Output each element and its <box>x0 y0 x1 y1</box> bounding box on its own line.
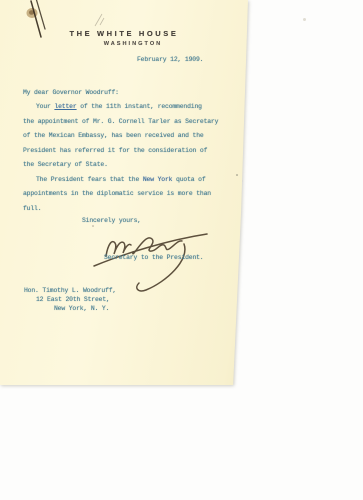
body-text: The President fears that the <box>36 176 143 183</box>
body-text: of the 11th instant, recommending <box>77 103 202 110</box>
underlined-word: letter <box>54 103 76 110</box>
recipient-name: Hon. Timothy L. Woodruff, <box>24 286 116 295</box>
body-line-2: the appointment of Mr. G. Cornell Tarler… <box>23 118 218 125</box>
body-line-4: President has referred it for the consid… <box>23 147 207 154</box>
ink-speck <box>236 174 238 176</box>
body-line-7: appointments in the diplomatic service i… <box>23 190 211 197</box>
body-line-5: the Secretary of State. <box>23 161 108 168</box>
body-text: quota of <box>172 176 205 183</box>
emphasized-words: New York <box>143 176 172 183</box>
ink-speck <box>242 180 244 182</box>
scanned-letter: THE WHITE HOUSE WASHINGTON February 12, … <box>0 0 363 500</box>
background-speck <box>303 18 306 21</box>
recipient-street: 12 East 20th Street, <box>24 295 116 304</box>
paper-wrapper: THE WHITE HOUSE WASHINGTON February 12, … <box>0 0 248 385</box>
ink-speck <box>92 225 94 227</box>
body-line-1: Your letter of the 11th instant, recomme… <box>23 103 202 110</box>
body-line-6: The President fears that the New York qu… <box>23 176 206 183</box>
body-text: Your <box>36 103 54 110</box>
body-line-8: full. <box>23 205 41 212</box>
date-line: February 12, 1909. <box>137 56 203 63</box>
recipient-block: Hon. Timothy L. Woodruff, 12 East 20th S… <box>24 286 116 313</box>
letter-paper: THE WHITE HOUSE WASHINGTON February 12, … <box>0 0 248 385</box>
stray-mark-icon <box>92 12 106 28</box>
letterhead-title: THE WHITE HOUSE <box>0 29 248 38</box>
salutation: My dear Governor Woodruff: <box>23 89 119 96</box>
letterhead-city: WASHINGTON <box>9 41 257 47</box>
body-line-3: of the Mexican Embassy, has been receive… <box>23 132 204 139</box>
signer-title: Secretary to the President. <box>104 254 204 261</box>
recipient-city: New York, N. Y. <box>24 304 116 313</box>
